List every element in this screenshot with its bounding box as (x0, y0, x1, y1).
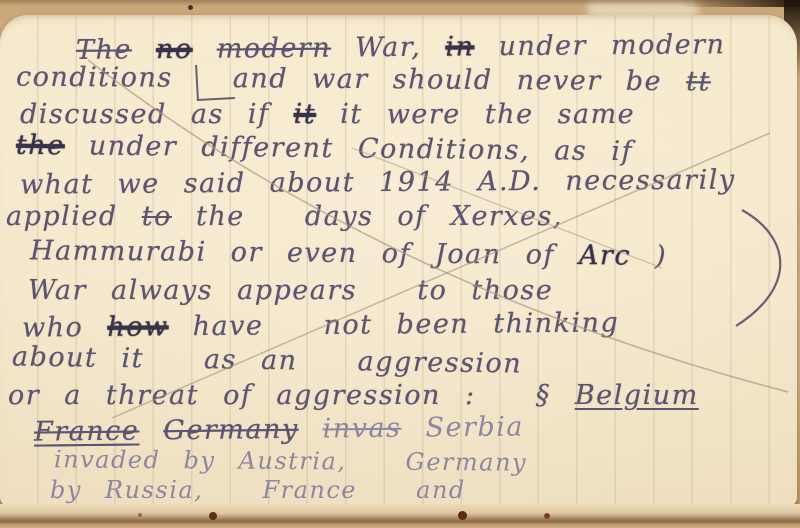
word-segment: France (34, 415, 140, 447)
word-segment: and war should never be (233, 63, 663, 97)
word-segment: or a threat of aggression : (8, 380, 476, 411)
word-segment: Germany (405, 448, 527, 477)
word-segment: applied (6, 201, 118, 232)
handwriting-line-9: who how have not been thinking (22, 307, 620, 343)
word-segment: France (262, 476, 357, 504)
word-segment: invaded by Austria, (54, 445, 347, 475)
word-segment: conditions (16, 62, 173, 94)
word-segment: § (536, 380, 551, 411)
stain-speck (458, 511, 467, 520)
word-segment: to those (417, 275, 553, 306)
word-segment: to (142, 201, 172, 232)
page-bottom-crease (0, 504, 800, 528)
word-segment: and (416, 476, 466, 504)
handwriting-line-8: War always appears to those (28, 275, 553, 306)
scanned-notebook-photo: { "page": { "kind": "handwritten noteboo… (0, 0, 800, 528)
handwriting-line-14: by Russia, France and (50, 476, 466, 504)
word-segment: have (193, 310, 264, 342)
word-segment: Hammurabi or even of Joan of (30, 235, 555, 271)
handwriting-line-7: Hammurabi or even of Joan of Arc ) (30, 235, 667, 272)
word-segment: War, (355, 32, 421, 64)
word-segment: who (22, 312, 84, 344)
word-segment: it (294, 99, 317, 130)
word-segment: days of Xerxes, (305, 201, 563, 232)
word-segment: under different Conditions, as if (89, 131, 633, 168)
word-segment: Serbia (425, 411, 524, 443)
word-segment: under modern (498, 29, 725, 62)
word-segment: the (16, 130, 65, 162)
handwriting-line-11: or a threat of aggression : § Belgium (8, 380, 699, 411)
word-segment: Belgium (575, 380, 699, 411)
word-segment: about it (12, 341, 144, 374)
stain-speck (209, 512, 217, 520)
word-segment: in (445, 31, 474, 62)
word-segment: by Russia, (50, 476, 203, 504)
handwriting-line-1: The no modern War, in under modern (76, 29, 726, 66)
word-segment: Arc (579, 240, 631, 271)
word-segment: aggression (357, 346, 522, 379)
word-segment: no (156, 34, 193, 65)
stain-speck (138, 513, 142, 517)
word-segment: what we said about 1914 A.D. necessarily (20, 165, 736, 201)
word-segment: War always appears (28, 275, 357, 306)
photo-dark-edge-top (680, 0, 800, 7)
handwriting-line-4: the under different Conditions, as if (16, 130, 633, 167)
word-segment: the (196, 201, 245, 232)
word-segment: as an (204, 344, 298, 376)
word-segment: tt (686, 66, 711, 97)
word-segment: how (107, 311, 169, 343)
word-segment: modern (217, 33, 332, 65)
word-segment: discussed as if (20, 99, 270, 130)
word-segment: it were the same (340, 99, 635, 130)
handwriting-line-3: discussed as if it it were the same (20, 99, 635, 130)
stain-speck (544, 513, 550, 519)
handwriting-line-6: applied to the days of Xerxes, (6, 201, 563, 232)
handwriting-line-5: what we said about 1914 A.D. necessarily (20, 165, 736, 201)
handwriting-line-2: conditions and war should never be tt (16, 62, 711, 98)
word-segment: not been thinking (323, 307, 619, 341)
insertion-bracket-mark (195, 63, 235, 101)
handwriting-line-12: France Germany invas Serbia (34, 411, 524, 447)
word-segment: invas (323, 413, 402, 445)
handwriting-line-13: invaded by Austria, Germany (54, 445, 527, 476)
stain-speck (188, 5, 193, 10)
word-segment: Germany (163, 414, 299, 446)
word-segment: ) (655, 241, 667, 272)
